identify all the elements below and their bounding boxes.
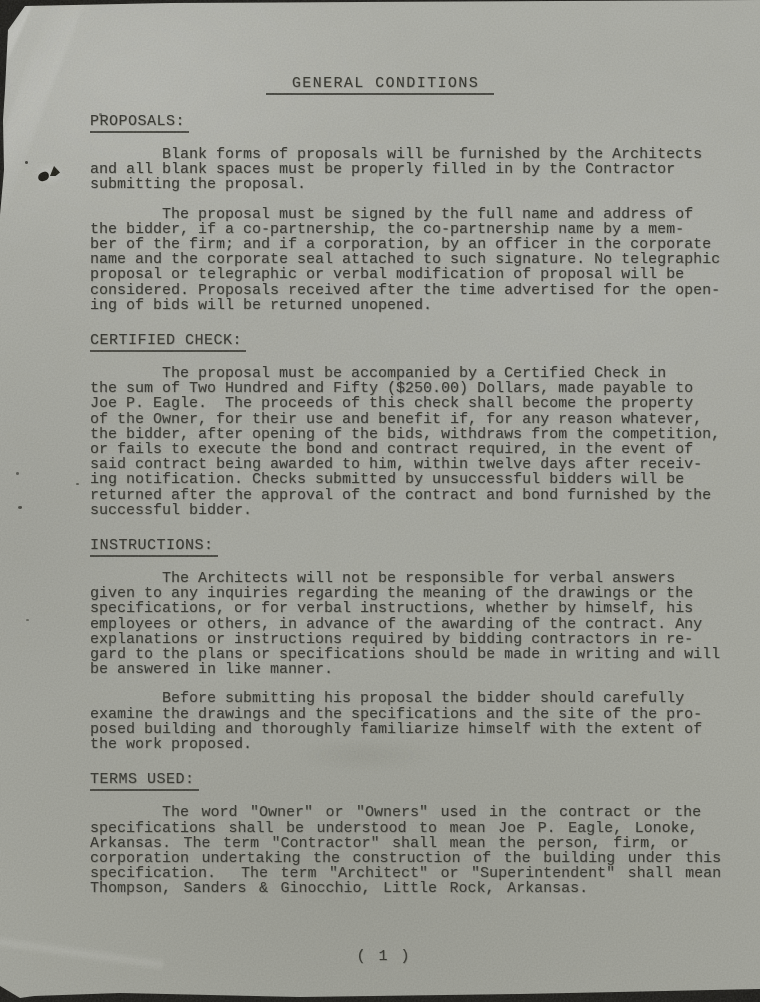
paragraph: The Architects will not be responsible f…: [90, 571, 738, 677]
paragraph: Blank forms of proposals will be furnish…: [90, 147, 738, 193]
paper-speck: [16, 472, 19, 475]
paper-speck: [76, 483, 79, 485]
paper-speck: [25, 161, 28, 164]
section-terms-used: TERMS USED: The word "Owner" or "Owners"…: [90, 772, 738, 896]
heading-text: PROPOSALS:: [90, 114, 189, 133]
heading-text: TERMS USED:: [90, 772, 199, 791]
scanned-page: GENERAL CONDITIONS PROPOSALS: Blank form…: [0, 0, 760, 1002]
heading-text: INSTRUCTIONS:: [90, 538, 218, 557]
page-number: ( 1 ): [60, 949, 708, 964]
section-heading-certified-check: CERTIFIED CHECK:: [90, 333, 738, 352]
section-certified-check: CERTIFIED CHECK: The proposal must be ac…: [90, 333, 738, 518]
paragraph: The word "Owner" or "Owners" used in the…: [90, 805, 738, 896]
paper-speck: [18, 506, 22, 509]
page-title: GENERAL CONDITIONS: [266, 76, 494, 95]
section-proposals: PROPOSALS: Blank forms of proposals will…: [90, 114, 738, 313]
section-heading-proposals: PROPOSALS:: [90, 114, 738, 133]
heading-text: CERTIFIED CHECK:: [90, 333, 246, 352]
paragraph: The proposal must be signed by the full …: [90, 207, 738, 313]
section-heading-instructions: INSTRUCTIONS:: [90, 538, 738, 557]
document-title-row: GENERAL CONDITIONS: [56, 76, 704, 94]
paper-speck: [26, 619, 29, 621]
section-instructions: INSTRUCTIONS: The Architects will not be…: [90, 538, 738, 752]
paper-crease: [0, 0, 34, 130]
paragraph: Before submitting his proposal the bidde…: [90, 691, 738, 752]
section-heading-terms-used: TERMS USED:: [90, 772, 738, 791]
paragraph: The proposal must be accompanied by a Ce…: [90, 366, 738, 518]
paper-crease: [0, 0, 86, 232]
document-content: GENERAL CONDITIONS PROPOSALS: Blank form…: [90, 76, 738, 964]
